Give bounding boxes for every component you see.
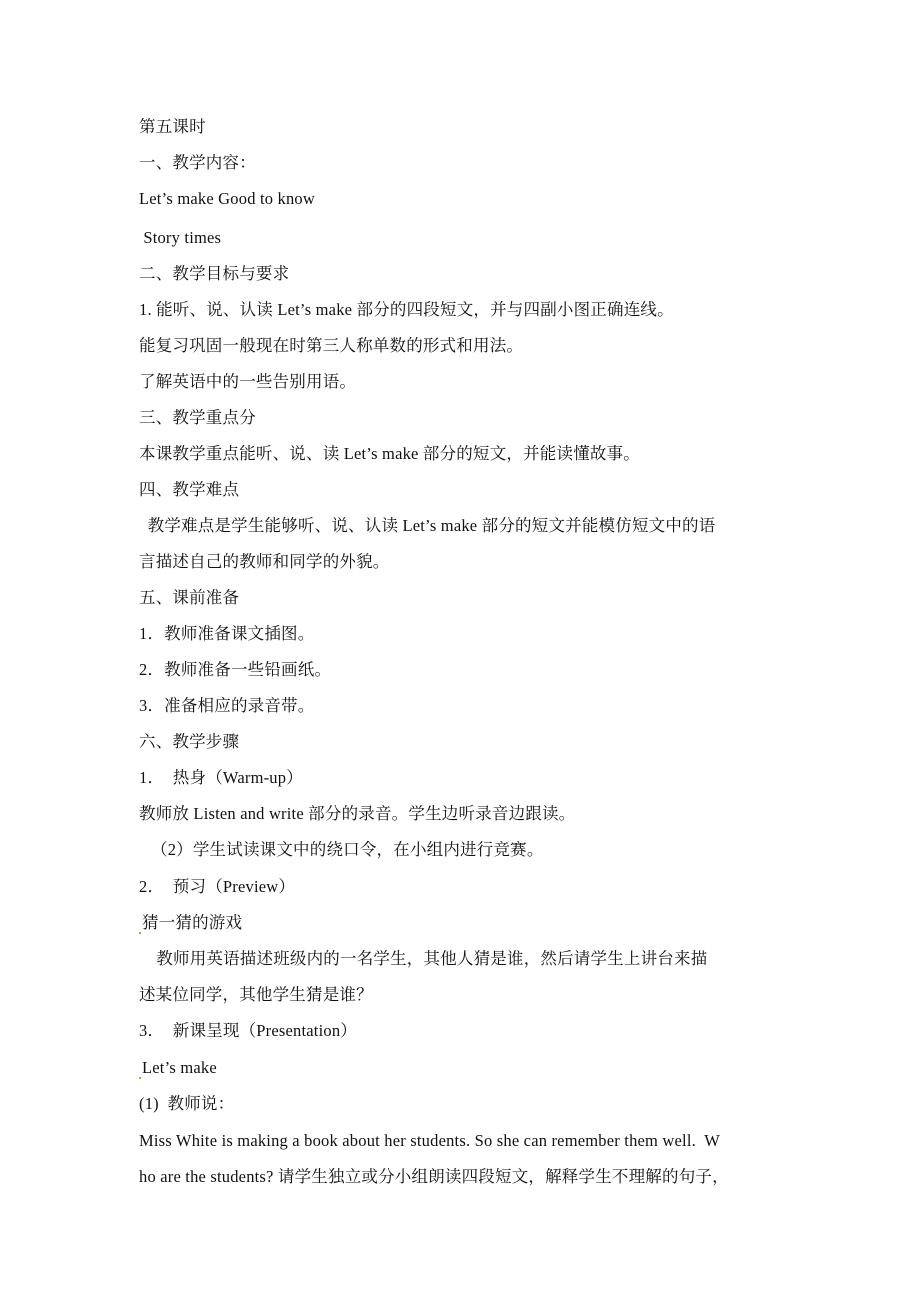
step-3-english-1: Miss White is making a book about her st…: [139, 1130, 720, 1152]
lesson-title: 第五课时: [139, 116, 206, 138]
goal-2: 能复习巩固一般现在时第三人称单数的形式和用法。: [139, 335, 523, 357]
step-1-sub-2: （2）学生试读课文中的绕口令，在小组内进行竞赛。: [151, 839, 544, 861]
section-3-heading: 三、教学重点分: [139, 407, 256, 429]
line-text: 3． 新课呈现（Presentation）: [139, 1021, 357, 1040]
content-line-1: Let’s make Good to know: [139, 188, 315, 210]
step-3-english-2: ho are the students? 请学生独立或分小组朗读四段短文，解释学…: [139, 1166, 729, 1188]
line-text: 2．教师准备一些铅画纸。: [139, 660, 331, 679]
section-5-heading: 五、课前准备: [139, 587, 239, 609]
section-4-heading: 四、教学难点: [139, 479, 239, 501]
line-text: 1． 热身（Warm-up）: [139, 768, 303, 787]
line-text: 3．准备相应的录音带。: [139, 696, 314, 715]
line-text: 六、教学步骤: [139, 732, 239, 751]
prep-3: 3．准备相应的录音带。: [139, 695, 314, 717]
line-text: 述某位同学，其他学生猜是谁？: [139, 985, 373, 1004]
line-text: Story times: [139, 228, 221, 247]
step-3-heading: 3． 新课呈现（Presentation）: [139, 1020, 357, 1042]
step-2-text-2: 述某位同学，其他学生猜是谁？: [139, 984, 373, 1006]
line-text: 一、教学内容：: [139, 153, 256, 172]
line-text: 了解英语中的一些告别用语。: [139, 372, 356, 391]
section-2-heading: 二、教学目标与要求: [139, 263, 289, 285]
step-3-lets-make: Let’s make: [139, 1057, 217, 1079]
line-text: 2． 预习（Preview）: [139, 877, 295, 896]
line-text: 能复习巩固一般现在时第三人称单数的形式和用法。: [139, 336, 523, 355]
line-text: 教学难点是学生能够听、说、认读 Let’s make 部分的短文并能模仿短文中的…: [139, 516, 715, 535]
line-text: ho are the students? 请学生独立或分小组朗读四段短文，解释学…: [139, 1167, 729, 1186]
goal-1: 1. 能听、说、认读 Let’s make 部分的四段短文，并与四副小图正确连线…: [139, 299, 674, 321]
line-text: 四、教学难点: [139, 480, 239, 499]
section-1-heading: 一、教学内容：: [139, 152, 256, 174]
line-text: 教师用英语描述班级内的一名学生，其他人猜是谁，然后请学生上讲台来描: [139, 949, 707, 968]
line-text: 五、课前准备: [139, 588, 239, 607]
difficulty-2: 言描述自己的教师和同学的外貌。: [139, 551, 390, 573]
difficulty-1: 教学难点是学生能够听、说、认读 Let’s make 部分的短文并能模仿短文中的…: [139, 515, 715, 537]
step-2-game: 猜一猜的游戏: [139, 912, 242, 934]
step-2-heading: 2． 预习（Preview）: [139, 876, 295, 898]
line-text: 二、教学目标与要求: [139, 264, 289, 283]
line-text: 1. 能听、说、认读 Let’s make 部分的四段短文，并与四副小图正确连线…: [139, 300, 674, 319]
line-text: 本课教学重点能听、说、读 Let’s make 部分的短文，并能读懂故事。: [139, 444, 640, 463]
step-1-text: 教师放 Listen and write 部分的录音。学生边听录音边跟读。: [139, 803, 575, 825]
goal-3: 了解英语中的一些告别用语。: [139, 371, 356, 393]
line-text: (1) 教师说：: [139, 1094, 234, 1113]
prep-2: 2．教师准备一些铅画纸。: [139, 659, 331, 681]
line-text: 第五课时: [139, 117, 206, 136]
section-6-heading: 六、教学步骤: [139, 731, 239, 753]
line-text: Miss White is making a book about her st…: [139, 1131, 720, 1150]
edit-mark-icon: [139, 1077, 141, 1079]
document-page: 第五课时一、教学内容：Let’s make Good to know Story…: [0, 0, 920, 1302]
prep-1: 1．教师准备课文插图。: [139, 623, 314, 645]
step-1-heading: 1． 热身（Warm-up）: [139, 767, 303, 789]
line-text: Let’s make Good to know: [139, 189, 315, 208]
line-text: （2）学生试读课文中的绕口令，在小组内进行竞赛。: [151, 840, 544, 859]
content-line-2: Story times: [139, 227, 221, 249]
key-point: 本课教学重点能听、说、读 Let’s make 部分的短文，并能读懂故事。: [139, 443, 640, 465]
line-text: 猜一猜的游戏: [142, 913, 242, 932]
line-text: 1．教师准备课文插图。: [139, 624, 314, 643]
step-2-text-1: 教师用英语描述班级内的一名学生，其他人猜是谁，然后请学生上讲台来描: [139, 948, 707, 970]
edit-mark-icon: [139, 932, 141, 934]
step-3-sub-1: (1) 教师说：: [139, 1093, 234, 1115]
line-text: 教师放 Listen and write 部分的录音。学生边听录音边跟读。: [139, 804, 575, 823]
line-text: 言描述自己的教师和同学的外貌。: [139, 552, 390, 571]
line-text: 三、教学重点分: [139, 408, 256, 427]
line-text: Let’s make: [142, 1058, 217, 1077]
